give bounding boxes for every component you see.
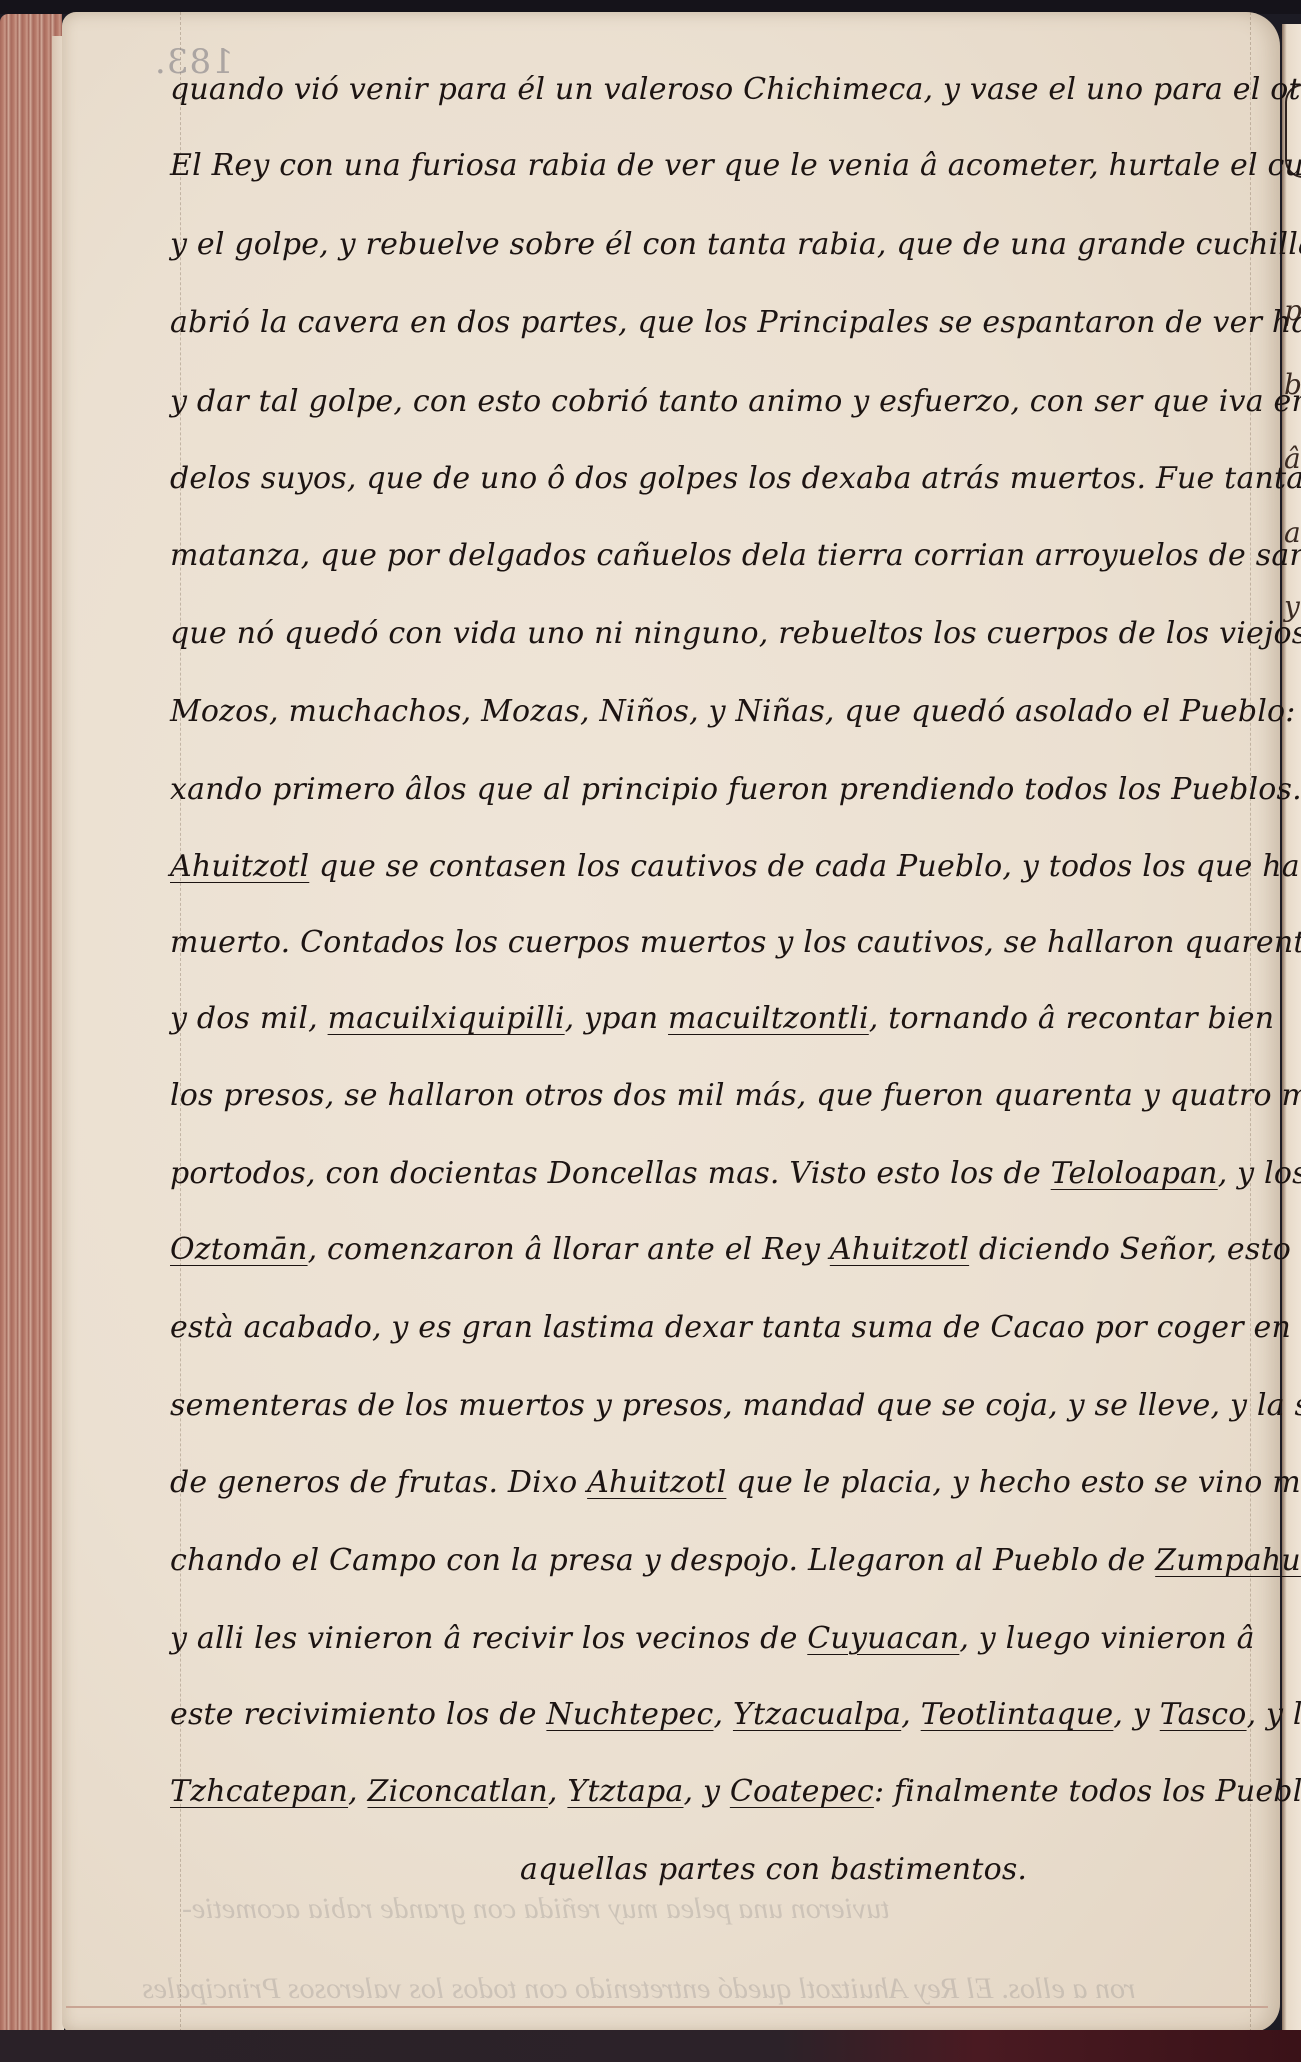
line-text: , y <box>684 1774 730 1809</box>
underlined-place-name: Ytzacualpa <box>733 1697 901 1732</box>
underlined-place-name: Oztomān <box>170 1232 308 1267</box>
line-text: , <box>901 1697 920 1732</box>
manuscript-line: los presos, se hallaron otros dos mil má… <box>170 1078 1301 1113</box>
underlined-place-name: Coatepec <box>730 1774 874 1809</box>
line-text: , ypan <box>565 1001 668 1036</box>
line-text: y el golpe, y rebuelve sobre él con tant… <box>170 227 1301 262</box>
manuscript-line: Oztomān, comenzaron â llorar ante el Rey… <box>170 1232 1291 1267</box>
line-text: , y los de <box>1218 1156 1301 1191</box>
manuscript-line: quando vió venir para él un valeroso Chi… <box>170 72 1301 107</box>
underlined-place-name: Tasco <box>1160 1697 1247 1732</box>
line-text: El Rey con una furiosa rabia de ver que … <box>170 148 1301 183</box>
line-text: , y luego vinieron â <box>959 1621 1254 1656</box>
line-text: delos suyos, que de uno ô dos golpes los… <box>170 461 1301 496</box>
manuscript-line: y alli les vinieron â recivir los vecino… <box>170 1621 1255 1656</box>
manuscript-line: y dar tal golpe, con esto cobrió tanto a… <box>170 384 1301 419</box>
underlined-place-name: Teotlintaque <box>921 1697 1114 1732</box>
line-text: que nó quedó con vida uno ni ninguno, re… <box>170 616 1301 651</box>
line-text: , y <box>1113 1697 1159 1732</box>
manuscript-line: xando primero âlos que al principio fuer… <box>170 772 1301 807</box>
line-text: abrió la cavera en dos partes, que los P… <box>170 305 1301 340</box>
line-text: aquellas partes con bastimentos. <box>520 1852 1027 1887</box>
manuscript-line: matanza, que por delgados cañuelos dela … <box>170 538 1301 573</box>
underlined-place-name: Cuyuacan <box>807 1621 959 1656</box>
line-text: diciendo Señor, esto <box>969 1232 1291 1267</box>
line-text: , y los de <box>1247 1697 1301 1732</box>
line-text: Mozos, muchachos, Mozas, Niños, y Niñas,… <box>170 694 1301 729</box>
underlined-place-name: Teloloapan <box>1051 1156 1218 1191</box>
manuscript-line: de generos de frutas. Dixo Ahuitzotl que… <box>170 1465 1301 1500</box>
line-text: , <box>548 1774 567 1809</box>
line-text: , <box>713 1697 732 1732</box>
underlined-place-name: Tzhcatepan <box>170 1774 348 1809</box>
line-text: muerto. Contados los cuerpos muertos y l… <box>170 925 1301 960</box>
line-text: , <box>348 1774 367 1809</box>
line-text: y dos mil, <box>170 1001 328 1036</box>
line-text: està acabado, y es gran lastima dexar ta… <box>170 1310 1301 1345</box>
manuscript-line: delos suyos, que de uno ô dos golpes los… <box>170 461 1301 496</box>
underlined-place-name: Ziconcatlan <box>368 1774 548 1809</box>
line-text: xando primero âlos que al principio fuer… <box>170 772 1301 807</box>
line-text: , tornando â recontar bien <box>869 1001 1274 1036</box>
manuscript-line: Ahuitzotl que se contasen los cautivos d… <box>170 849 1301 884</box>
underlined-place-name: Nuchtepec <box>546 1697 713 1732</box>
manuscript-line: Tzhcatepan, Ziconcatlan, Ytztapa, y Coat… <box>170 1774 1301 1809</box>
underlined-place-name: Ytztapa <box>567 1774 683 1809</box>
underlined-place-name: Ahuitzotl <box>170 849 309 884</box>
manuscript-scan: 183. tuvieron una pelea muy reñida con g… <box>0 0 1301 2062</box>
manuscript-line: sementeras de los muertos y presos, mand… <box>170 1388 1301 1423</box>
manuscript-line: El Rey con una furiosa rabia de ver que … <box>170 148 1301 183</box>
manuscript-line: y dos mil, macuilxiquipilli, ypan macuil… <box>170 1001 1274 1036</box>
line-text: que se contasen los cautivos de cada Pue… <box>309 849 1301 884</box>
line-text: : finalmente todos los Pueblos de <box>874 1774 1301 1809</box>
line-text: y alli les vinieron â recivir los vecino… <box>170 1621 807 1656</box>
underlined-place-name: Zumpahuacan <box>1155 1543 1301 1578</box>
manuscript-line: portodos, con docientas Doncellas mas. V… <box>170 1156 1301 1191</box>
line-text: este recivimiento los de <box>170 1697 546 1732</box>
underlined-place-name: macuiltzontli <box>668 1001 869 1036</box>
manuscript-text: quando vió venir para él un valeroso Chi… <box>0 0 1301 2062</box>
line-text: , comenzaron â llorar ante el Rey <box>308 1232 830 1267</box>
manuscript-line: aquellas partes con bastimentos. <box>520 1852 1027 1887</box>
manuscript-line: este recivimiento los de Nuchtepec, Ytza… <box>170 1697 1301 1732</box>
underlined-place-name: Ahuitzotl <box>830 1232 969 1267</box>
manuscript-line: que nó quedó con vida uno ni ninguno, re… <box>170 616 1301 651</box>
line-text: y dar tal golpe, con esto cobrió tanto a… <box>170 384 1301 419</box>
underlined-place-name: macuilxiquipilli <box>328 1001 565 1036</box>
manuscript-line: chando el Campo con la presa y despojo. … <box>170 1543 1301 1578</box>
manuscript-line: Mozos, muchachos, Mozas, Niños, y Niñas,… <box>170 694 1301 729</box>
line-text: quando vió venir para él un valeroso Chi… <box>170 72 1301 107</box>
line-text: los presos, se hallaron otros dos mil má… <box>170 1078 1301 1113</box>
manuscript-line: muerto. Contados los cuerpos muertos y l… <box>170 925 1301 960</box>
underlined-place-name: Ahuitzotl <box>587 1465 726 1500</box>
line-text: matanza, que por delgados cañuelos dela … <box>170 538 1301 573</box>
manuscript-line: està acabado, y es gran lastima dexar ta… <box>170 1310 1301 1345</box>
manuscript-line: abrió la cavera en dos partes, que los P… <box>170 305 1301 340</box>
line-text: chando el Campo con la presa y despojo. … <box>170 1543 1155 1578</box>
line-text: que le placia, y hecho esto se vino mar- <box>726 1465 1301 1500</box>
manuscript-line: y el golpe, y rebuelve sobre él con tant… <box>170 227 1301 262</box>
line-text: de generos de frutas. Dixo <box>170 1465 587 1500</box>
line-text: portodos, con docientas Doncellas mas. V… <box>170 1156 1051 1191</box>
line-text: sementeras de los muertos y presos, mand… <box>170 1388 1301 1423</box>
